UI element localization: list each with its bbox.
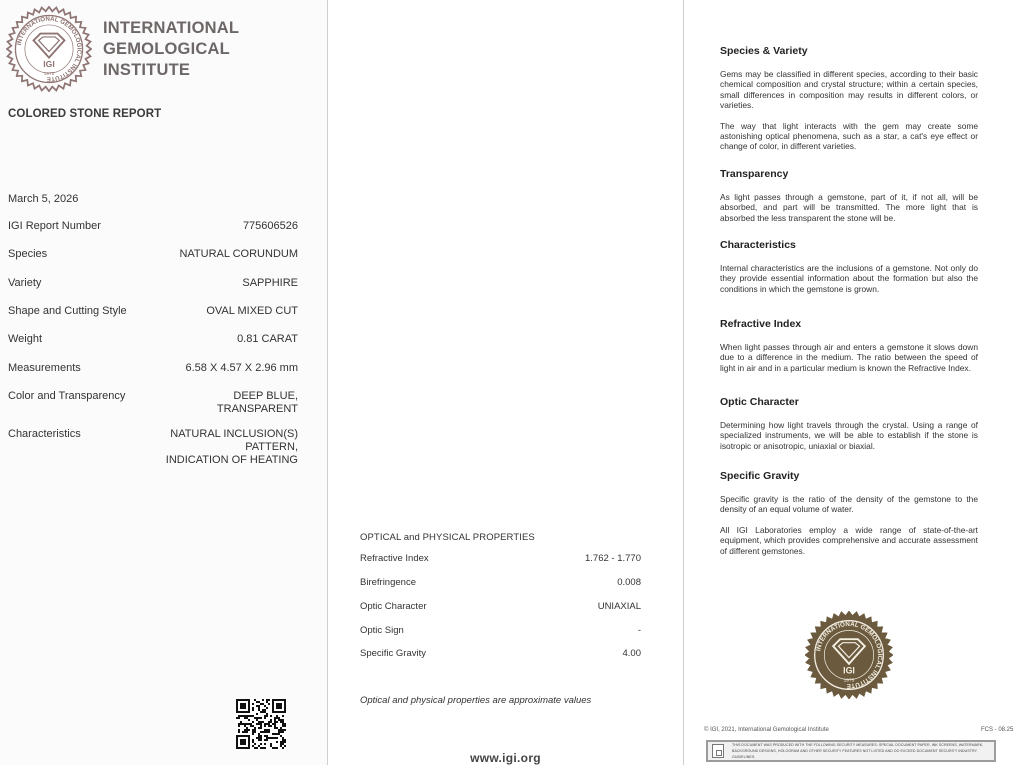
website-link[interactable]: www.igi.org (328, 751, 683, 765)
optical-properties-panel: OPTICAL and PHYSICAL PROPERTIES Refracti… (328, 0, 683, 765)
glossary-heading: Specific Gravity (720, 470, 978, 482)
detail-label: Measurements (8, 362, 81, 375)
glossary-heading: Optic Character (720, 396, 978, 408)
glossary-paragraph: Determining how light travels through th… (720, 420, 978, 451)
detail-value: NATURAL CORUNDUM (179, 248, 298, 261)
detail-label: Shape and Cutting Style (8, 305, 127, 318)
svg-text:1975: 1975 (844, 677, 855, 683)
report-summary-panel: INTERNATIONAL GEMOLOGICAL INSTITUTEIGI19… (0, 0, 327, 765)
detail-label: Characteristics (8, 428, 81, 467)
report-detail-row: Weight0.81 CARAT (8, 333, 298, 346)
property-value: UNIAXIAL (598, 601, 641, 612)
property-label: Optic Sign (360, 625, 404, 636)
detail-value: 6.58 X 4.57 X 2.96 mm (185, 362, 298, 375)
glossary-section: Species & VarietyGems may be classified … (720, 45, 978, 162)
report-detail-row: IGI Report Number775606526 (8, 220, 298, 233)
optical-property-row: Refractive Index1.762 - 1.770 (360, 553, 641, 564)
qr-code-icon[interactable] (236, 699, 286, 749)
glossary-heading: Transparency (720, 168, 978, 180)
optical-property-row: Optic CharacterUNIAXIAL (360, 601, 641, 612)
glossary-heading: Refractive Index (720, 318, 978, 330)
glossary-paragraph: As light passes through a gemstone, part… (720, 192, 978, 223)
detail-label: Species (8, 248, 47, 261)
report-detail-row: Color and TransparencyDEEP BLUE, TRANSPA… (8, 390, 298, 416)
approximate-values-note: Optical and physical properties are appr… (360, 695, 591, 706)
glossary-paragraph: All IGI Laboratories employ a wide range… (720, 525, 978, 556)
report-date: March 5, 2026 (8, 193, 78, 205)
institute-name-line-1: INTERNATIONAL (103, 18, 239, 39)
document-lock-icon (712, 744, 724, 758)
report-title: COLORED STONE REPORT (8, 108, 161, 120)
institute-name: INTERNATIONAL GEMOLOGICAL INSTITUTE (103, 18, 239, 81)
glossary-section: TransparencyAs light passes through a ge… (720, 168, 978, 233)
copyright-text: © IGI, 2021, International Gemological I… (704, 727, 829, 733)
detail-label: Weight (8, 333, 42, 346)
property-label: Optic Character (360, 601, 427, 612)
property-label: Birefringence (360, 577, 416, 588)
report-detail-row: SpeciesNATURAL CORUNDUM (8, 248, 298, 261)
detail-value: 775606526 (243, 220, 298, 233)
svg-text:IGI: IGI (43, 59, 54, 69)
glossary-section: Specific GravitySpecific gravity is the … (720, 470, 978, 566)
igi-gold-seal-icon: INTERNATIONAL GEMOLOGICAL INSTITUTEIGI19… (805, 611, 893, 699)
detail-value: DEEP BLUE, TRANSPARENT (217, 390, 298, 416)
optical-property-row: Optic Sign- (360, 625, 641, 636)
glossary-heading: Characteristics (720, 239, 978, 251)
optical-property-row: Birefringence0.008 (360, 577, 641, 588)
report-detail-row: VarietySAPPHIRE (8, 277, 298, 290)
detail-value: SAPPHIRE (242, 277, 298, 290)
property-value: 4.00 (623, 648, 642, 659)
institute-name-line-3: INSTITUTE (103, 60, 239, 81)
glossary-paragraph: When light passes through air and enters… (720, 342, 978, 373)
detail-value: OVAL MIXED CUT (206, 305, 298, 318)
property-label: Specific Gravity (360, 648, 426, 659)
report-detail-row: Measurements6.58 X 4.57 X 2.96 mm (8, 362, 298, 375)
detail-label: Color and Transparency (8, 390, 125, 416)
glossary-section: CharacteristicsInternal characteristics … (720, 239, 978, 304)
glossary-paragraph: Specific gravity is the ratio of the den… (720, 494, 978, 515)
optical-properties-title: OPTICAL and PHYSICAL PROPERTIES (360, 532, 535, 543)
igi-seal-icon: INTERNATIONAL GEMOLOGICAL INSTITUTEIGI19… (6, 6, 92, 92)
property-value: - (638, 625, 641, 636)
report-detail-row: Shape and Cutting StyleOVAL MIXED CUT (8, 305, 298, 318)
form-code: FCS - 08.25 (981, 727, 1013, 733)
glossary-heading: Species & Variety (720, 45, 978, 57)
glossary-panel: Species & VarietyGems may be classified … (684, 0, 1024, 765)
glossary-paragraph: Internal characteristics are the inclusi… (720, 263, 978, 294)
optical-property-row: Specific Gravity4.00 (360, 648, 641, 659)
security-notice: THIS DOCUMENT WAS PRODUCED WITH THE FOLL… (706, 740, 996, 762)
svg-text:1975: 1975 (44, 71, 55, 77)
report-detail-row: CharacteristicsNATURAL INCLUSION(S) PATT… (8, 428, 298, 467)
property-value: 0.008 (617, 577, 641, 588)
security-notice-text: THIS DOCUMENT WAS PRODUCED WITH THE FOLL… (732, 742, 990, 760)
detail-value: 0.81 CARAT (237, 333, 298, 346)
glossary-paragraph: Gems may be classified in different spec… (720, 69, 978, 111)
detail-value: NATURAL INCLUSION(S) PATTERN, INDICATION… (166, 428, 298, 467)
svg-text:IGI: IGI (843, 665, 855, 675)
detail-label: IGI Report Number (8, 220, 101, 233)
institute-name-line-2: GEMOLOGICAL (103, 39, 239, 60)
property-label: Refractive Index (360, 553, 429, 564)
glossary-section: Optic CharacterDetermining how light tra… (720, 396, 978, 461)
glossary-paragraph: The way that light interacts with the ge… (720, 121, 978, 152)
property-value: 1.762 - 1.770 (585, 553, 641, 564)
detail-label: Variety (8, 277, 41, 290)
glossary-section: Refractive IndexWhen light passes throug… (720, 318, 978, 383)
